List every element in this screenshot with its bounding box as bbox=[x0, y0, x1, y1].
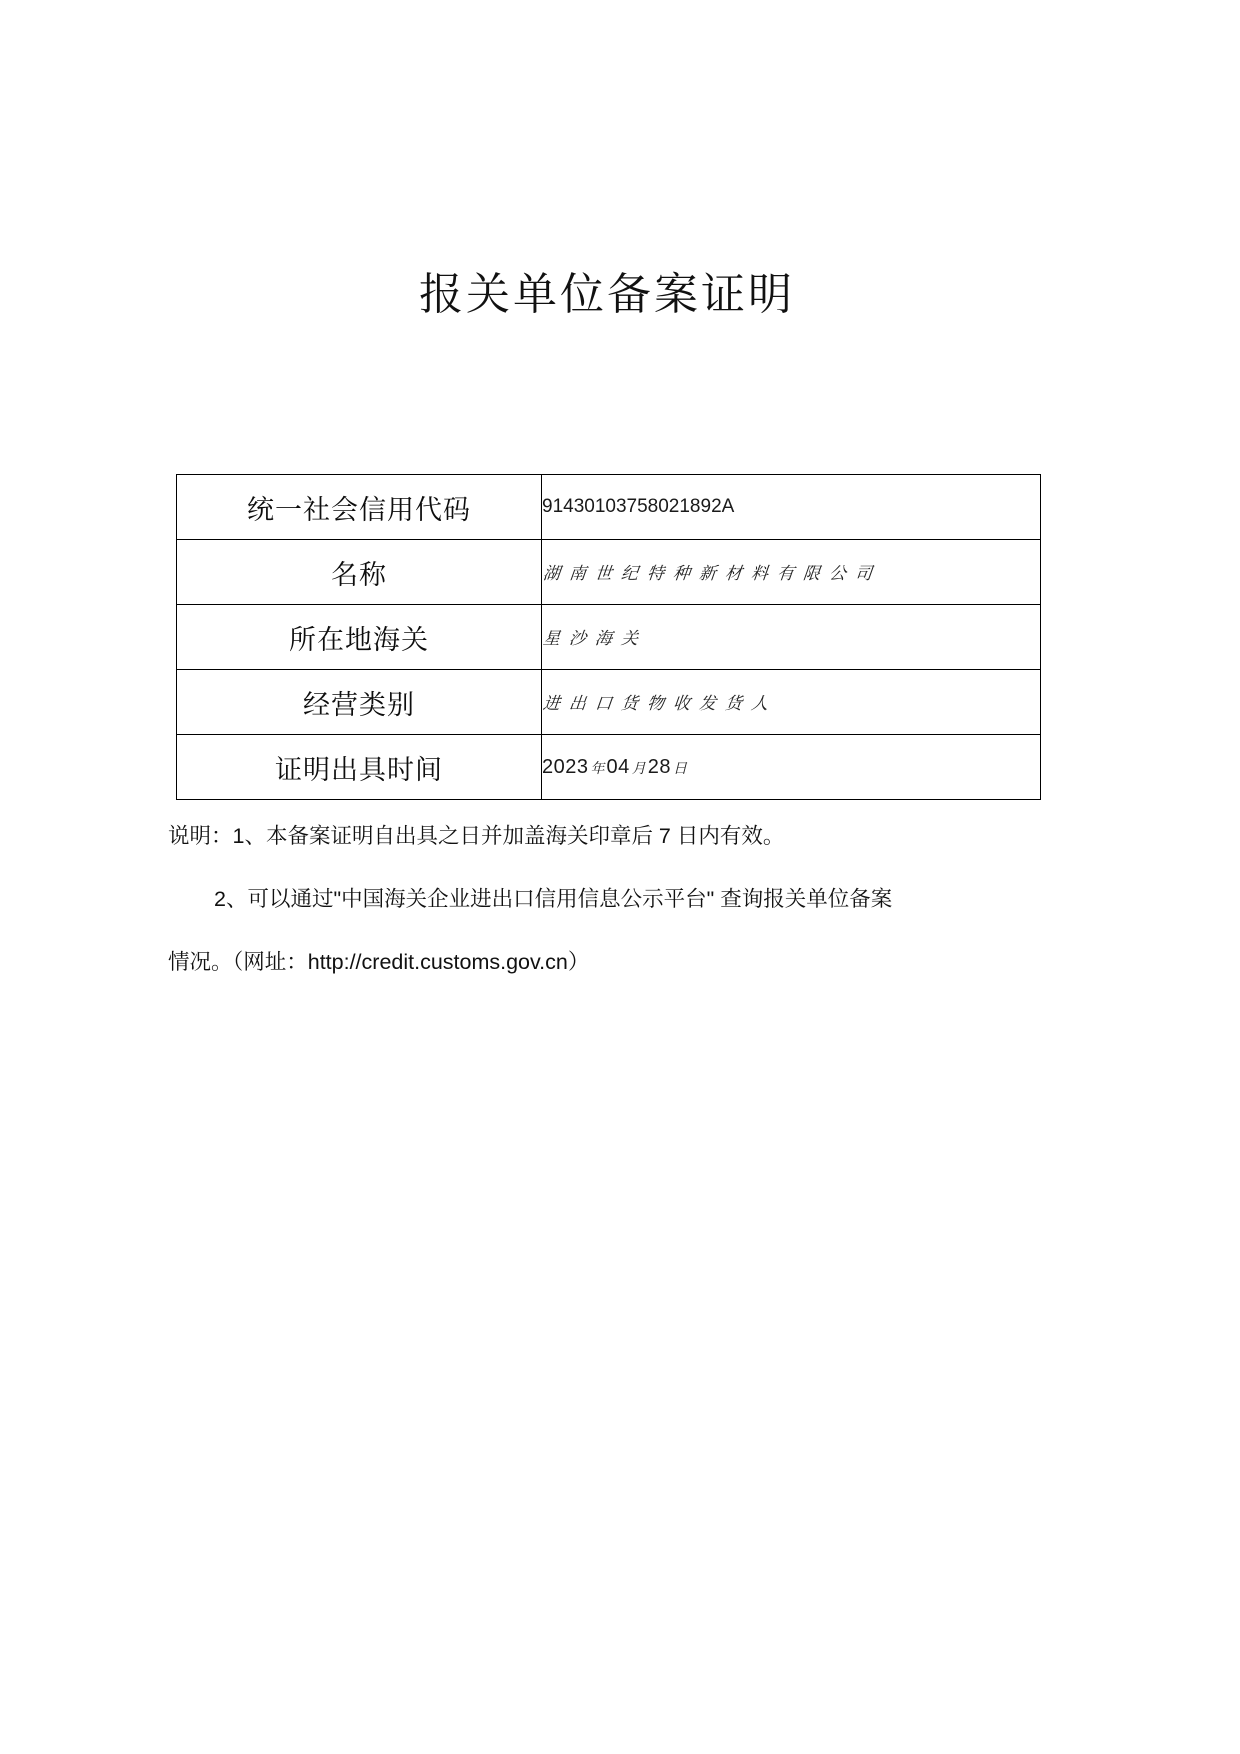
issue-date-value: 2023年04月28日 bbox=[542, 735, 1041, 800]
credit-code-label: 统一社会信用代码 bbox=[177, 475, 542, 540]
issue-date-label: 证明出具时间 bbox=[177, 735, 542, 800]
business-category-value: 进出口货物收发货人 bbox=[542, 670, 1041, 735]
table-row-name: 名称 湖南世纪特种新材料有限公司 bbox=[177, 540, 1041, 605]
note-line-2: 2、可以通过"中国海关企业进出口信用信息公示平台" 查询报关单位备案 bbox=[168, 885, 1073, 913]
certificate-page: 报关单位备案证明 统一社会信用代码 91430103758021892A 名称 … bbox=[0, 0, 1240, 1754]
local-customs-handwritten: 星沙海关 bbox=[542, 624, 649, 649]
note-line-3: 情况。（网址：http://credit.customs.gov.cn） bbox=[168, 948, 1073, 976]
table-row-issue-date: 证明出具时间 2023年04月28日 bbox=[177, 735, 1041, 800]
local-customs-label: 所在地海关 bbox=[177, 605, 542, 670]
certificate-table: 统一社会信用代码 91430103758021892A 名称 湖南世纪特种新材料… bbox=[176, 474, 1041, 800]
notes-section: 说明：1、本备案证明自出具之日并加盖海关印章后 7 日内有效。 2、可以通过"中… bbox=[168, 822, 1073, 1011]
business-category-label: 经营类别 bbox=[177, 670, 542, 735]
note-line-1: 说明：1、本备案证明自出具之日并加盖海关印章后 7 日内有效。 bbox=[168, 822, 1073, 850]
credit-code-value: 91430103758021892A bbox=[542, 475, 1041, 540]
issue-date-month: 04 bbox=[607, 756, 630, 778]
business-category-handwritten: 进出口货物收发货人 bbox=[542, 689, 779, 714]
company-name-value: 湖南世纪特种新材料有限公司 bbox=[542, 540, 1041, 605]
issue-date-day: 28 bbox=[648, 756, 671, 778]
local-customs-value: 星沙海关 bbox=[542, 605, 1041, 670]
company-name-label: 名称 bbox=[177, 540, 542, 605]
company-name-handwritten: 湖南世纪特种新材料有限公司 bbox=[542, 559, 883, 584]
issue-date-year-unit: 年 bbox=[589, 760, 607, 776]
issue-date-day-unit: 日 bbox=[671, 760, 689, 776]
table-row-business-category: 经营类别 进出口货物收发货人 bbox=[177, 670, 1041, 735]
issue-date-month-unit: 月 bbox=[630, 760, 648, 776]
table-row-credit-code: 统一社会信用代码 91430103758021892A bbox=[177, 475, 1041, 540]
issue-date-year: 2023 bbox=[542, 756, 589, 778]
page-title: 报关单位备案证明 bbox=[176, 258, 1038, 322]
table-row-customs: 所在地海关 星沙海关 bbox=[177, 605, 1041, 670]
